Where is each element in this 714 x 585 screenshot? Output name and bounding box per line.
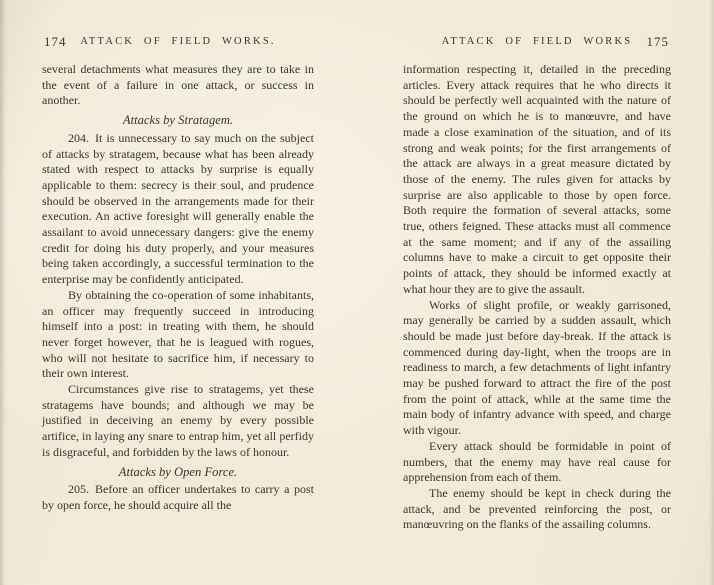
paragraph: several detachments what measures they a… bbox=[42, 62, 314, 109]
paragraph: 204. It is unnecessary to say much on th… bbox=[42, 131, 314, 288]
page-header-left: 174 ATTACK OF FIELD WORKS. bbox=[42, 36, 314, 52]
paragraph: Circumstances give rise to stratagems, y… bbox=[42, 382, 314, 461]
scan-edge-left bbox=[0, 0, 6, 585]
paragraph: 205. Before an officer undertakes to car… bbox=[42, 482, 314, 513]
paragraph: information respecting it, detailed in t… bbox=[403, 62, 671, 298]
page-number-left: 174 bbox=[44, 34, 67, 50]
scan-edge-right bbox=[709, 0, 714, 585]
page-left: 174 ATTACK OF FIELD WORKS. several detac… bbox=[42, 36, 314, 514]
page-right: ATTACK OF FIELD WORKS 175 information re… bbox=[403, 36, 671, 533]
section-heading: Attacks by Open Force. bbox=[42, 465, 314, 481]
paragraph: Works of slight profile, or weakly garri… bbox=[403, 298, 671, 439]
running-header-right: ATTACK OF FIELD WORKS bbox=[403, 36, 671, 47]
paragraph: By obtaining the co-operation of some in… bbox=[42, 288, 314, 382]
page-header-right: ATTACK OF FIELD WORKS 175 bbox=[403, 36, 671, 52]
section-heading: Attacks by Stratagem. bbox=[42, 113, 314, 129]
running-header-left: ATTACK OF FIELD WORKS. bbox=[42, 36, 314, 47]
page-number-right: 175 bbox=[647, 34, 670, 50]
paragraph: The enemy should be kept in check during… bbox=[403, 486, 671, 533]
page-body-right: information respecting it, detailed in t… bbox=[403, 62, 671, 533]
page-body-left: several detachments what measures they a… bbox=[42, 62, 314, 514]
paragraph: Every attack should be formidable in poi… bbox=[403, 439, 671, 486]
